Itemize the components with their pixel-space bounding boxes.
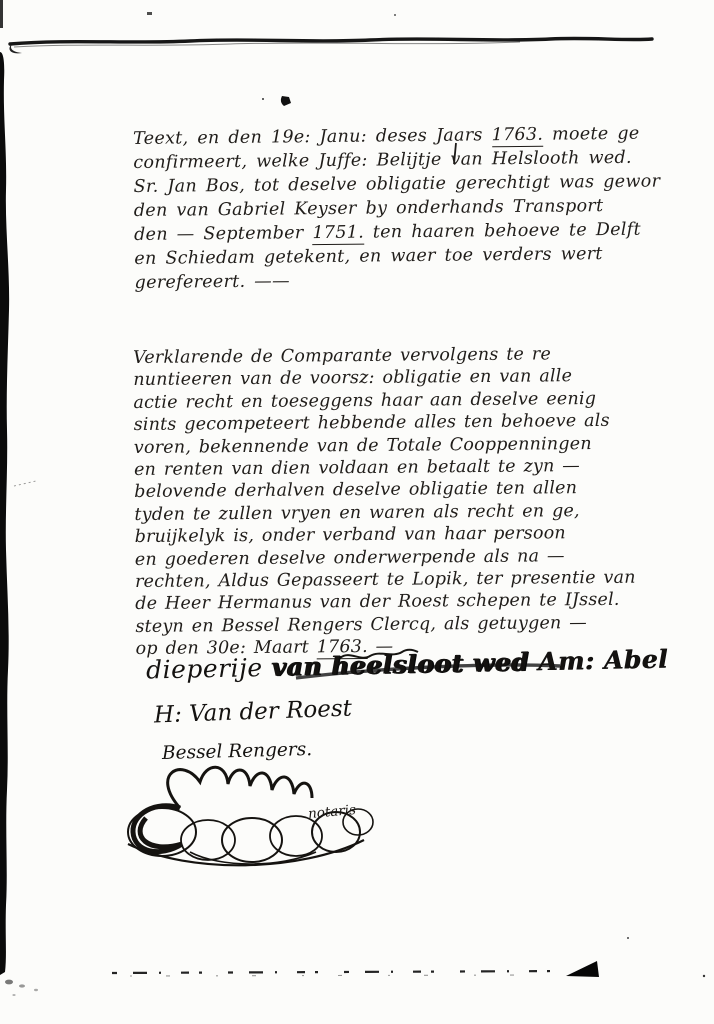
top-edge-scan-line-ragged bbox=[14, 42, 520, 47]
margin-scribble bbox=[14, 481, 36, 486]
line-text: Teext, en den 19e: Janu: deses Jaars bbox=[133, 125, 492, 149]
bottom-left-smudge bbox=[19, 984, 25, 987]
bottom-left-smudge bbox=[12, 994, 15, 996]
line-text: den — September bbox=[134, 223, 312, 245]
ink-speck bbox=[262, 98, 264, 100]
signature-text-overwritten: van heelsloot wed bbox=[271, 647, 529, 681]
bottom-right-wedge-mark bbox=[566, 961, 599, 977]
signature-text: dieperije bbox=[146, 653, 272, 685]
ink-speck bbox=[394, 14, 396, 16]
paragraph-2: Verklarende de Comparante vervolgens te … bbox=[133, 343, 636, 661]
witness-signature-roest: H: Van der Roest bbox=[154, 696, 353, 729]
bottom-dashed-scan-line-faint bbox=[130, 975, 540, 976]
signature-text-overwritten: Am: Abel bbox=[528, 645, 668, 677]
notary-title-in-flourish: notaris bbox=[307, 802, 356, 822]
left-edge-scan-band bbox=[0, 52, 9, 975]
underlined-year: 1751. bbox=[312, 223, 364, 246]
top-left-edge-mark bbox=[0, 0, 3, 28]
ink-speck bbox=[627, 937, 629, 939]
top-edge-hook-mark bbox=[9, 44, 22, 53]
line-text: ten haaren behoeve te Delft bbox=[364, 220, 641, 243]
paragraph-1: Teext, en den 19e: Janu: deses Jaars 176… bbox=[133, 121, 661, 295]
manuscript-scan-page: Teext, en den 19e: Janu: deses Jaars 176… bbox=[0, 0, 714, 1024]
manuscript-line: gerefereert. —— bbox=[135, 265, 662, 295]
top-edge-scan-line bbox=[10, 38, 652, 44]
bottom-dashed-scan-line bbox=[112, 971, 568, 973]
bottom-left-smudge bbox=[34, 989, 38, 991]
ink-speck bbox=[703, 975, 705, 977]
ink-blot bbox=[281, 96, 291, 106]
witness-signature-rengers: Bessel Rengers. bbox=[162, 739, 313, 764]
underlined-year: 1763. bbox=[492, 125, 544, 148]
line-text: moete ge bbox=[543, 124, 639, 145]
bottom-left-smudge bbox=[5, 980, 13, 985]
manuscript-line: steyn en Bessel Rengers Clercq, als getu… bbox=[135, 611, 636, 638]
ink-speck bbox=[147, 12, 152, 15]
